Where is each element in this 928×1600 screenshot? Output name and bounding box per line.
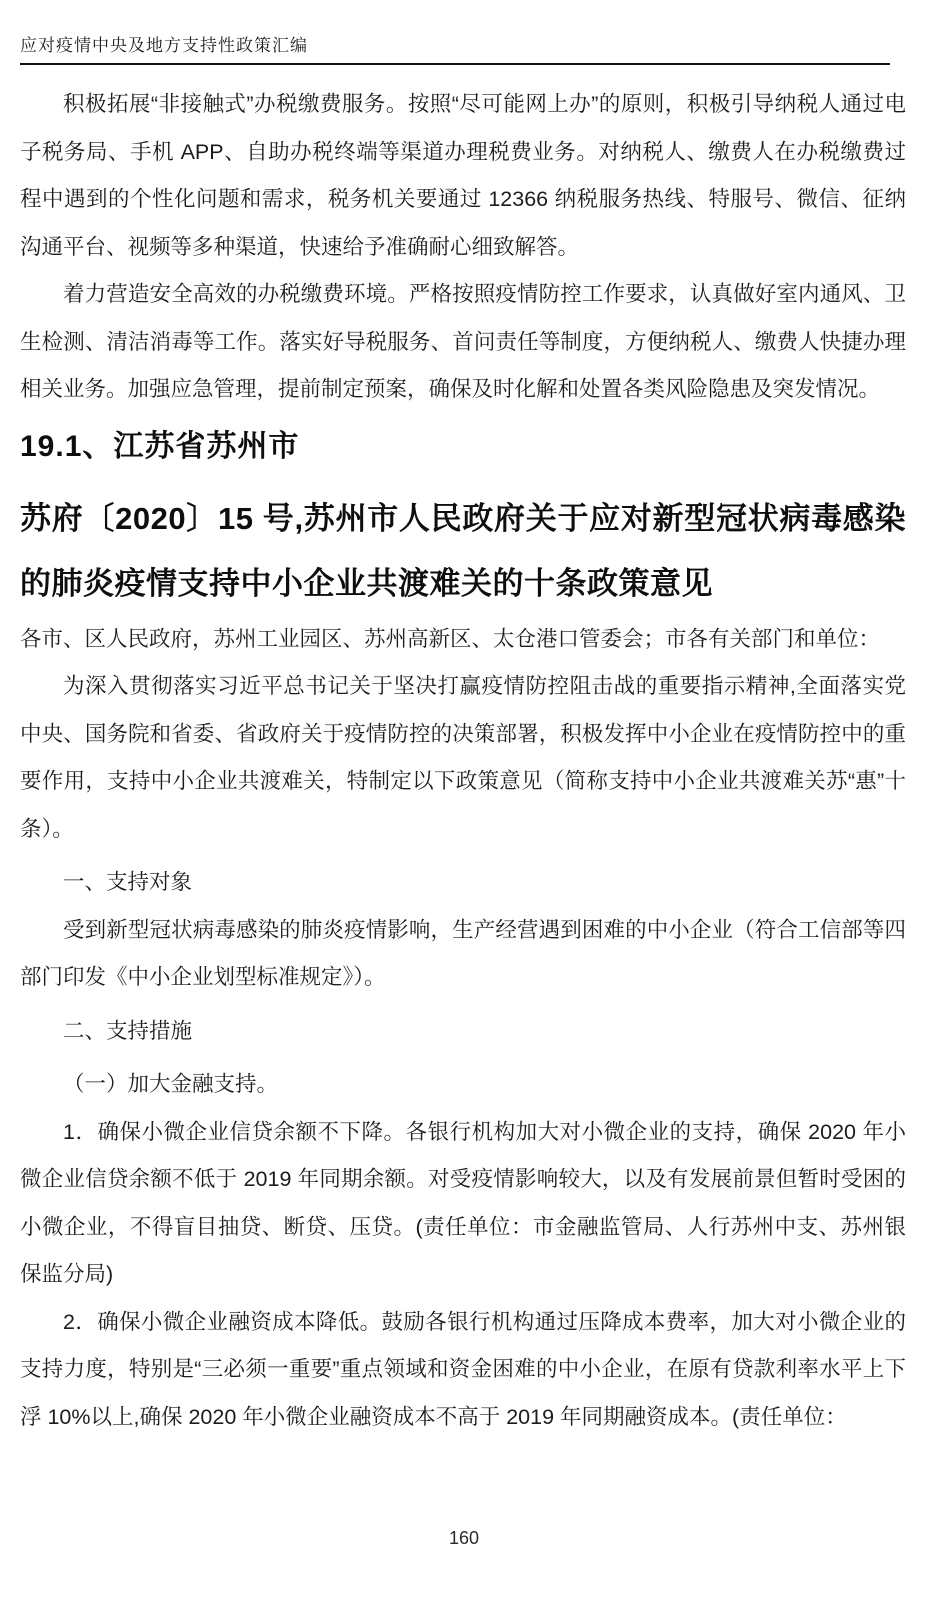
section-number-title: 19.1、江苏省苏州市 [20, 428, 906, 466]
paragraph-preamble: 为深入贯彻落实习近平总书记关于坚决打赢疫情防控阻击战的重要指示精神,全面落实党中… [20, 663, 906, 853]
paragraph-addressees: 各市、区人民政府，苏州工业园区、苏州高新区、太仓港口管委会；市各有关部门和单位： [20, 616, 906, 664]
policy-document-title: 苏府〔2020〕15 号,苏州市人民政府关于应对新型冠状病毒感染的肺炎疫情支持中… [20, 486, 906, 616]
page-number: 160 [449, 1528, 479, 1548]
heading-financial-support: （一）加大金融支持。 [20, 1061, 906, 1109]
paragraph-measure-2-financing-cost: 2．确保小微企业融资成本降低。鼓励各银行机构通过压降成本费率，加大对小微企业的支… [20, 1299, 906, 1442]
document-page: 应对疫情中央及地方支持性政策汇编 积极拓展“非接触式”办税缴费服务。按照“尽可能… [0, 0, 928, 1600]
heading-support-measures: 二、支持措施 [20, 1008, 906, 1056]
document-body: 积极拓展“非接触式”办税缴费服务。按照“尽可能网上办”的原则，积极引导纳税人通过… [20, 81, 906, 1441]
header-rule [20, 63, 890, 65]
page-footer: 160 [0, 1528, 928, 1549]
paragraph-support-target: 受到新型冠状病毒感染的肺炎疫情影响，生产经营遇到困难的中小企业（符合工信部等四部… [20, 907, 906, 1002]
paragraph-safe-tax-environment: 着力营造安全高效的办税缴费环境。严格按照疫情防控工作要求，认真做好室内通风、卫生… [20, 271, 906, 414]
paragraph-measure-1-credit-balance: 1．确保小微企业信贷余额不下降。各银行机构加大对小微企业的支持，确保 2020 … [20, 1109, 906, 1299]
running-header-title: 应对疫情中央及地方支持性政策汇编 [20, 36, 890, 56]
heading-support-target: 一、支持对象 [20, 859, 906, 907]
paragraph-contactless-tax-service: 积极拓展“非接触式”办税缴费服务。按照“尽可能网上办”的原则，积极引导纳税人通过… [20, 81, 906, 271]
running-header: 应对疫情中央及地方支持性政策汇编 [20, 36, 890, 65]
